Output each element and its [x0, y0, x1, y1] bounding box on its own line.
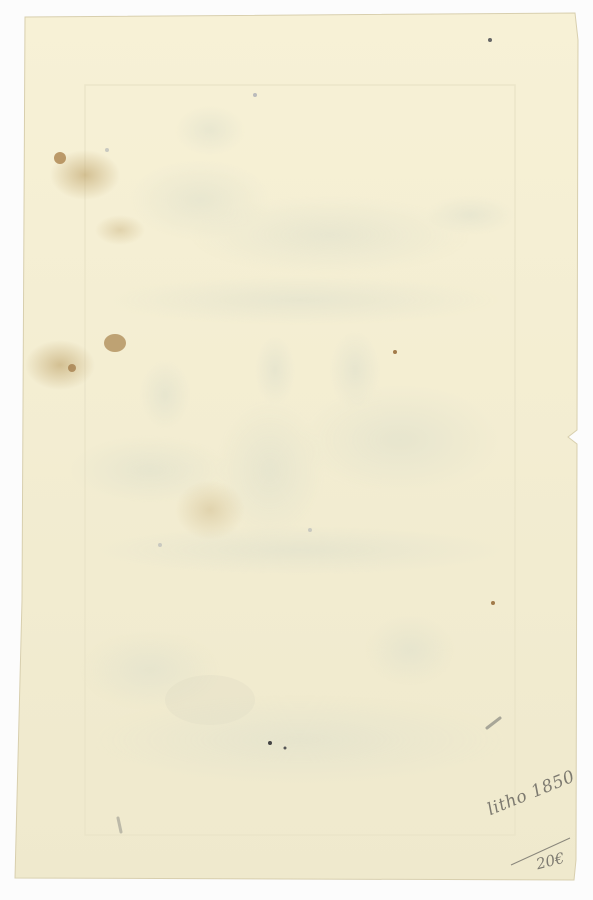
paper-sheet [0, 0, 593, 900]
photo-stage: litho 1850 20€ [0, 0, 593, 900]
